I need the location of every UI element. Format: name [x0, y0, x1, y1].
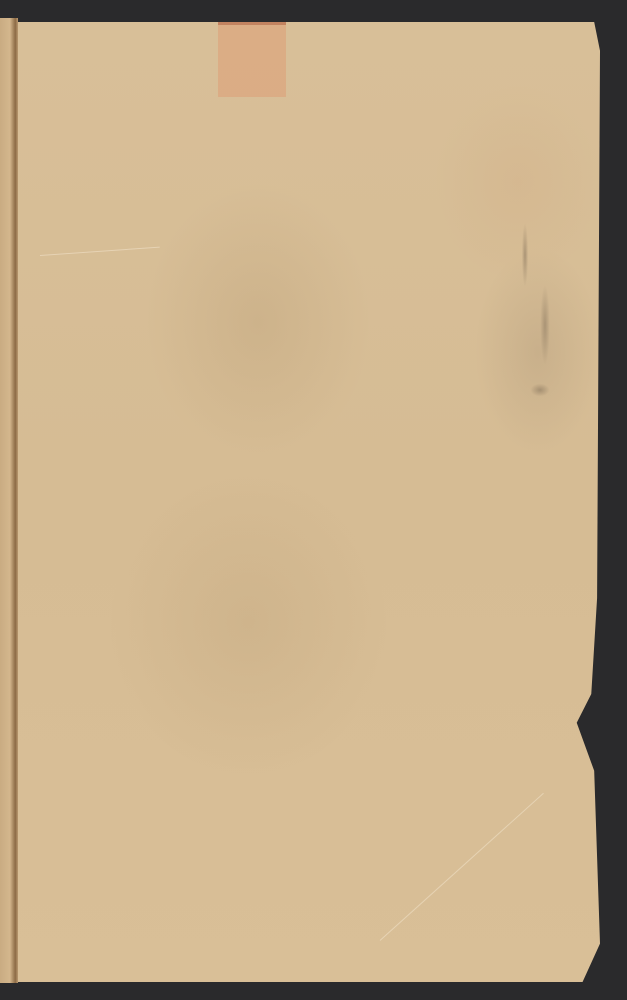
blank-page [18, 22, 600, 982]
red-seal-stamp [218, 22, 286, 97]
facing-page-edge [0, 18, 18, 983]
scanned-page-view [0, 0, 627, 1000]
bleed-through-stain [515, 215, 575, 445]
